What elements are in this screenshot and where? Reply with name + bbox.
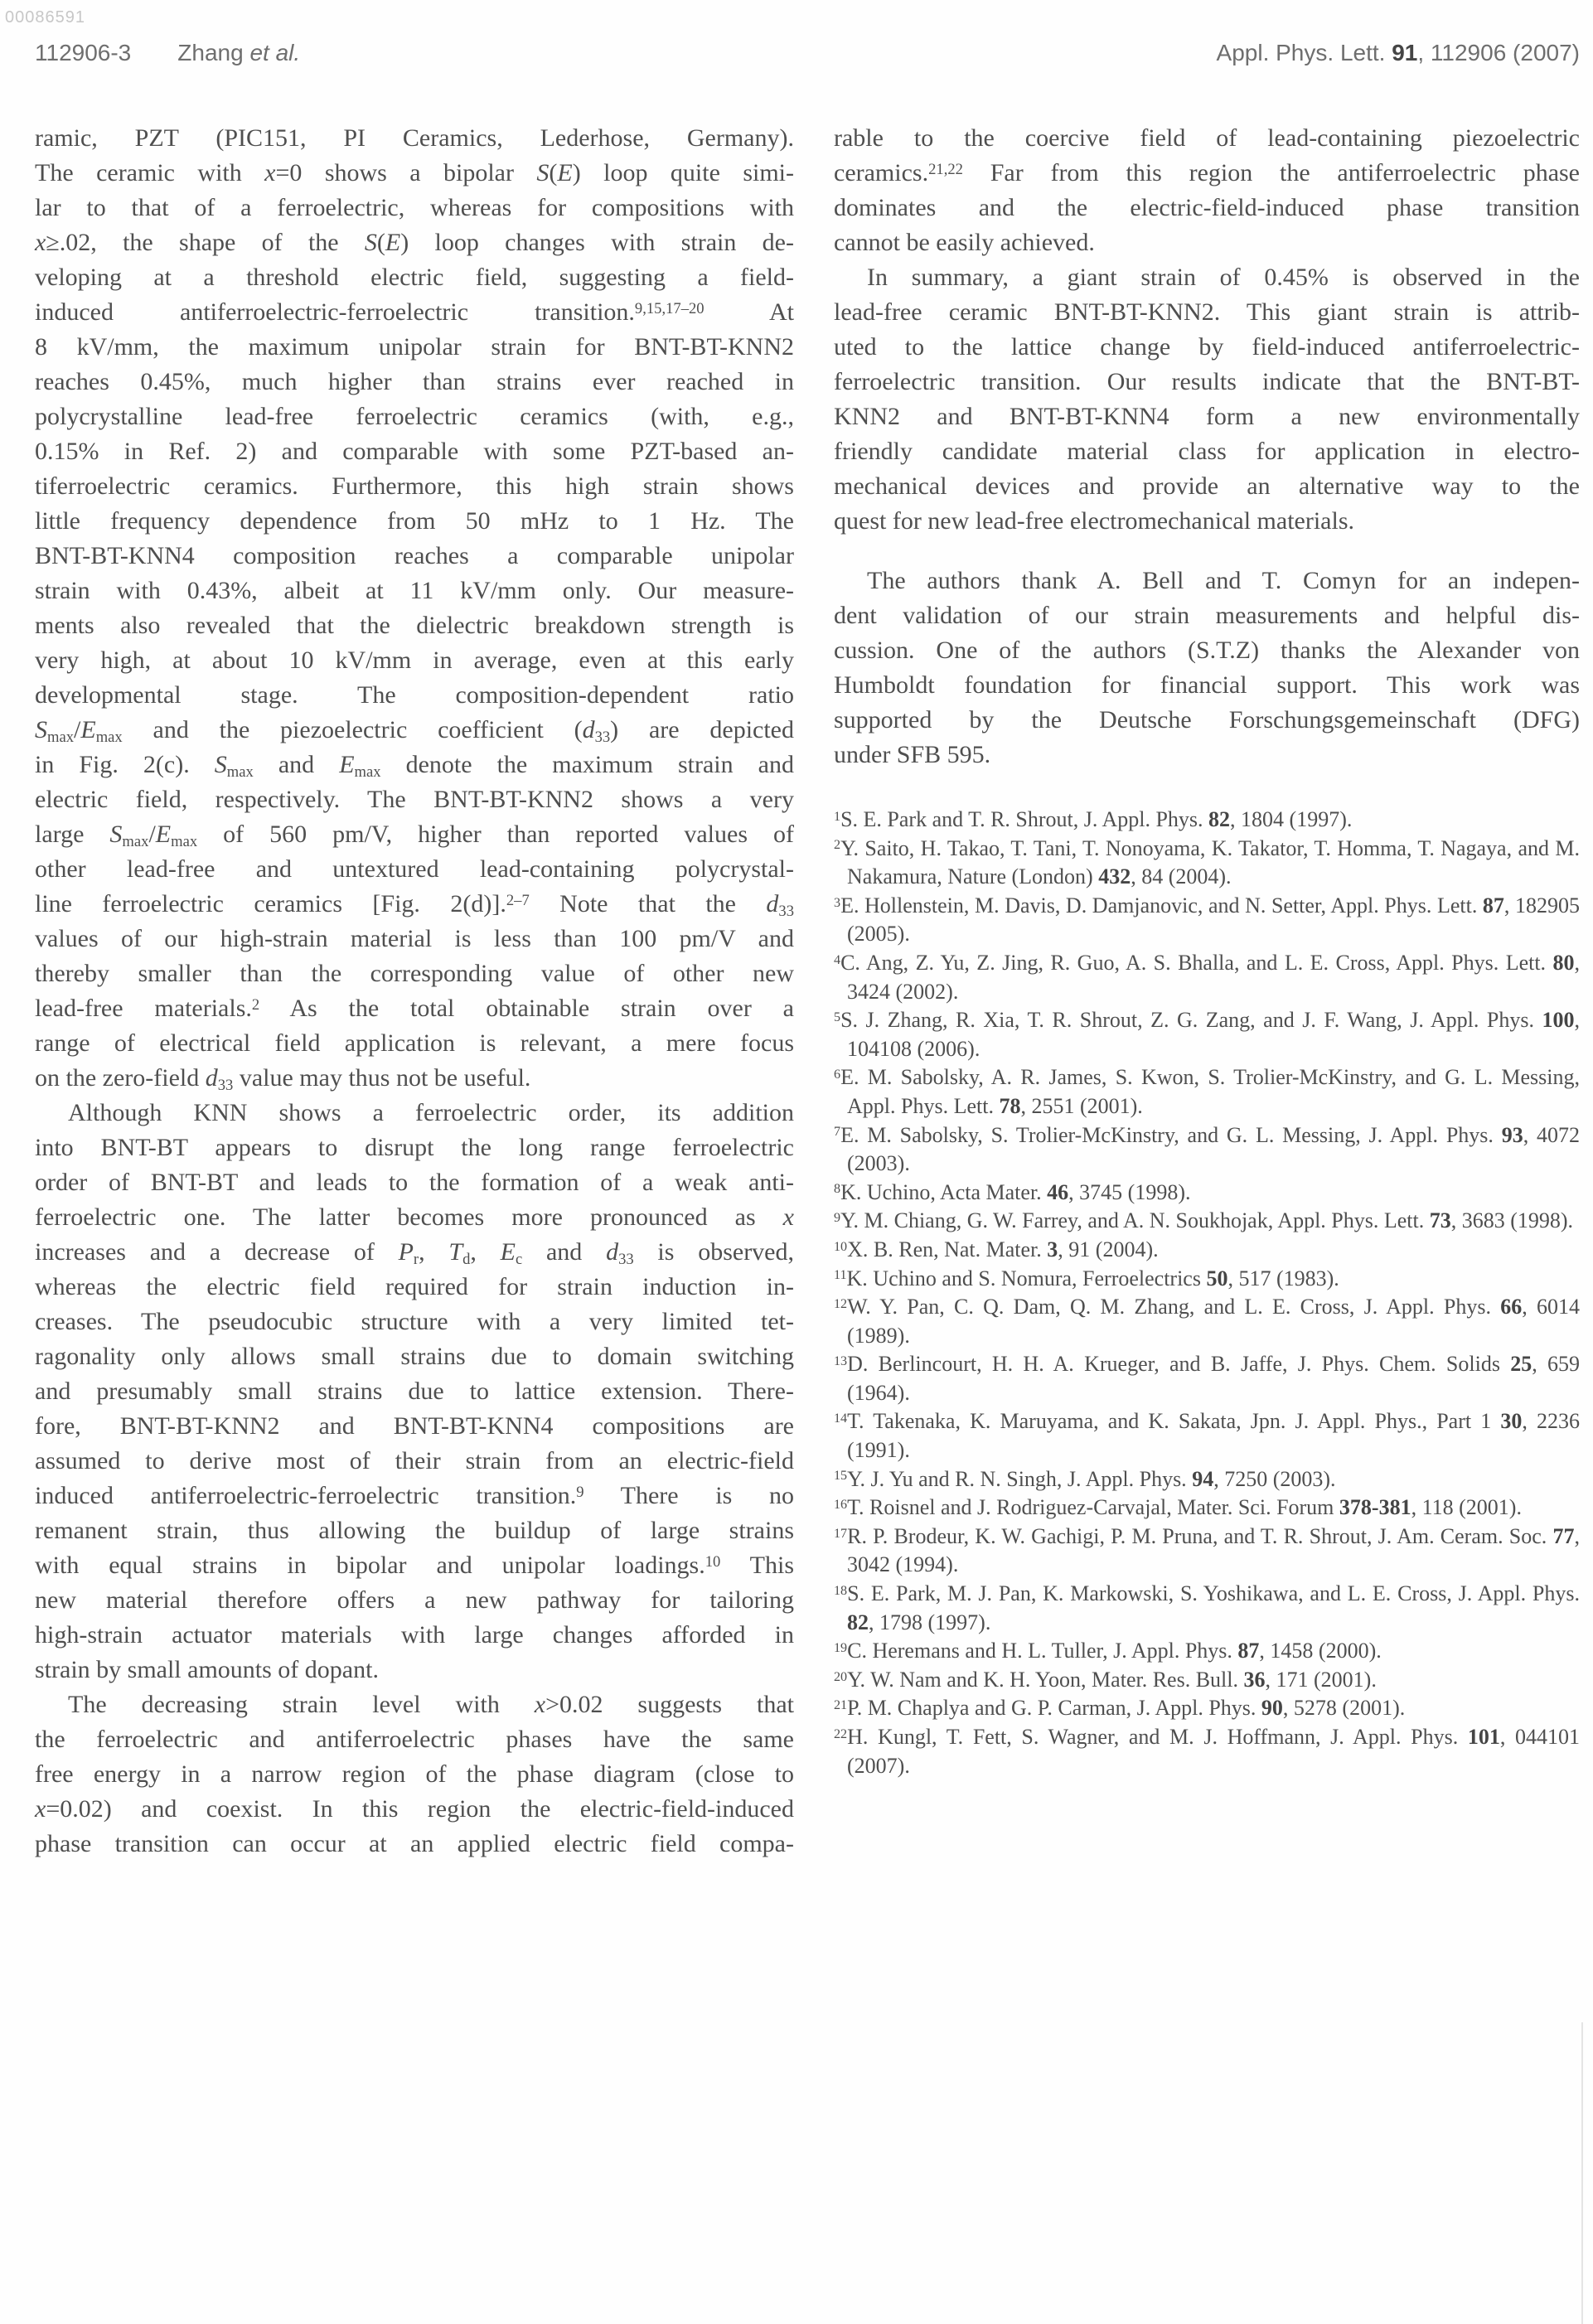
text-line: polycrystalline lead-free ferroelectric … (35, 399, 794, 434)
text-line: very high, at about 10 kV/mm in average,… (35, 643, 794, 678)
text-line: on the zero-field d33 value may thus not… (35, 1061, 794, 1096)
text-line: uted to the lattice change by field-indu… (834, 330, 1580, 365)
text-line: developmental stage. The composition-dep… (35, 678, 794, 713)
text-line: order of BNT-BT and leads to the formati… (35, 1165, 794, 1200)
text-line: 0.15% in Ref. 2) and comparable with som… (35, 434, 794, 469)
text-line: ceramics.21,22 Far from this region the … (834, 156, 1580, 191)
text-line: values of our high-strain material is le… (35, 922, 794, 956)
scan-watermark: 00086591 (5, 8, 85, 27)
text-line: cannot be easily achieved. (834, 225, 1580, 260)
article-id: 112906-3 (35, 40, 131, 65)
text-line: under SFB 595. (834, 738, 1580, 772)
text-line: induced antiferroelectric-ferroelectric … (35, 295, 794, 330)
right-column: rable to the coercive field of lead-cont… (834, 121, 1580, 1862)
reference-item: 10X. B. Ren, Nat. Mater. 3, 91 (2004). (834, 1236, 1580, 1265)
header-citation: Appl. Phys. Lett. 91, 112906 (2007) (1217, 40, 1580, 66)
reference-item: 22H. Kungl, T. Fett, S. Wagner, and M. J… (834, 1723, 1580, 1780)
text-line: Humboldt foundation for financial suppor… (834, 668, 1580, 703)
text-line: fore, BNT-BT-KNN2 and BNT-BT-KNN4 compos… (35, 1409, 794, 1444)
text-line: with equal strains in bipolar and unipol… (35, 1548, 794, 1583)
text-line: strain with 0.43%, albeit at 11 kV/mm on… (35, 574, 794, 608)
text-line: new material therefore offers a new path… (35, 1583, 794, 1618)
text-line: ments also revealed that the dielectric … (35, 608, 794, 643)
text-line: rable to the coercive field of lead-cont… (834, 121, 1580, 156)
text-line: into BNT-BT appears to disrupt the long … (35, 1131, 794, 1165)
text-line: veloping at a threshold electric field, … (35, 260, 794, 295)
reference-item: 13D. Berlincourt, H. H. A. Krueger, and … (834, 1350, 1580, 1407)
text-line: BNT-BT-KNN4 composition reaches a compar… (35, 539, 794, 574)
text-line: line ferroelectric ceramics [Fig. 2(d)].… (35, 887, 794, 922)
text-line: increases and a decrease of Pr, Td, Ec a… (35, 1235, 794, 1270)
text-line: large Smax/Emax of 560 pm/V, higher than… (35, 817, 794, 852)
reference-item: 17R. P. Brodeur, K. W. Gachigi, P. M. Pr… (834, 1523, 1580, 1580)
acknowledgments: The authors thank A. Bell and T. Comyn f… (834, 564, 1580, 772)
page-header: 112906-3Zhang et al. Appl. Phys. Lett. 9… (35, 40, 1580, 66)
text-line: range of electrical field application is… (35, 1026, 794, 1061)
text-line: dent validation of our strain measuremen… (834, 598, 1580, 633)
text-line: free energy in a narrow region of the ph… (35, 1757, 794, 1792)
text-line: and presumably small strains due to latt… (35, 1374, 794, 1409)
text-line: reaches 0.45%, much higher than strains … (35, 365, 794, 399)
text-line: thereby smaller than the corresponding v… (35, 956, 794, 991)
scan-edge-artifact (1581, 2022, 1583, 2324)
reference-item: 20Y. W. Nam and K. H. Yoon, Mater. Res. … (834, 1666, 1580, 1695)
page: 00086591 112906-3Zhang et al. Appl. Phys… (0, 0, 1593, 2324)
text-line: little frequency dependence from 50 mHz … (35, 504, 794, 539)
text-line: phase transition can occur at an applied… (35, 1827, 794, 1862)
text-line: in Fig. 2(c). Smax and Emax denote the m… (35, 748, 794, 782)
text-line: 8 kV/mm, the maximum unipolar strain for… (35, 330, 794, 365)
reference-item: 8K. Uchino, Acta Mater. 46, 3745 (1998). (834, 1179, 1580, 1208)
text-line: friendly candidate material class for ap… (834, 434, 1580, 469)
text-line: x≥.02, the shape of the S(E) loop change… (35, 225, 794, 260)
text-line: Although KNN shows a ferroelectric order… (35, 1096, 794, 1131)
text-line: ragonality only allows small strains due… (35, 1339, 794, 1374)
reference-item: 11K. Uchino and S. Nomura, Ferroelectric… (834, 1265, 1580, 1294)
text-line: induced antiferroelectric-ferroelectric … (35, 1479, 794, 1513)
text-line: ferroelectric one. The latter becomes mo… (35, 1200, 794, 1235)
text-line: other lead-free and untextured lead-cont… (35, 852, 794, 887)
reference-item: 16T. Roisnel and J. Rodriguez-Carvajal, … (834, 1494, 1580, 1523)
text-line: The decreasing strain level with x>0.02 … (35, 1687, 794, 1722)
text-line: mechanical devices and provide an altern… (834, 469, 1580, 504)
text-line: strain by small amounts of dopant. (35, 1653, 794, 1687)
text-line: cussion. One of the authors (S.T.Z) than… (834, 633, 1580, 668)
text-line: creases. The pseudocubic structure with … (35, 1305, 794, 1339)
text-line: assumed to derive most of their strain f… (35, 1444, 794, 1479)
text-line: ferroelectric transition. Our results in… (834, 365, 1580, 399)
reference-item: 18S. E. Park, M. J. Pan, K. Markowski, S… (834, 1580, 1580, 1637)
text-line: electric field, respectively. The BNT-BT… (35, 782, 794, 817)
text-line: KNN2 and BNT-BT-KNN4 form a new environm… (834, 399, 1580, 434)
text-line: dominates and the electric-field-induced… (834, 191, 1580, 225)
references-list: 1S. E. Park and T. R. Shrout, J. Appl. P… (834, 806, 1580, 1780)
reference-item: 4C. Ang, Z. Yu, Z. Jing, R. Guo, A. S. B… (834, 949, 1580, 1006)
reference-item: 14T. Takenaka, K. Maruyama, and K. Sakat… (834, 1407, 1580, 1465)
reference-item: 19C. Heremans and H. L. Tuller, J. Appl.… (834, 1637, 1580, 1666)
text-line: quest for new lead-free electromechanica… (834, 504, 1580, 539)
text-line: the ferroelectric and antiferroelectric … (35, 1722, 794, 1757)
right-column-body: rable to the coercive field of lead-cont… (834, 121, 1580, 539)
text-line: lead-free materials.2 As the total obtai… (35, 991, 794, 1026)
reference-item: 7E. M. Sabolsky, S. Trolier-McKinstry, a… (834, 1121, 1580, 1179)
text-line: The authors thank A. Bell and T. Comyn f… (834, 564, 1580, 598)
two-column-body: ramic, PZT (PIC151, PI Ceramics, Lederho… (35, 121, 1580, 1862)
header-authors: Zhang et al. (177, 40, 300, 65)
text-line: ramic, PZT (PIC151, PI Ceramics, Lederho… (35, 121, 794, 156)
reference-item: 1S. E. Park and T. R. Shrout, J. Appl. P… (834, 806, 1580, 835)
text-line: whereas the electric field required for … (35, 1270, 794, 1305)
text-line: high-strain actuator materials with larg… (35, 1618, 794, 1653)
text-line: lar to that of a ferroelectric, whereas … (35, 191, 794, 225)
reference-item: 6E. M. Sabolsky, A. R. James, S. Kwon, S… (834, 1063, 1580, 1121)
text-line: x=0.02) and coexist. In this region the … (35, 1792, 794, 1827)
text-line: remanent strain, thus allowing the build… (35, 1513, 794, 1548)
reference-item: 3E. Hollenstein, M. Davis, D. Damjanovic… (834, 892, 1580, 949)
reference-item: 15Y. J. Yu and R. N. Singh, J. Appl. Phy… (834, 1465, 1580, 1494)
text-line: supported by the Deutsche Forschungsgeme… (834, 703, 1580, 738)
reference-item: 12W. Y. Pan, C. Q. Dam, Q. M. Zhang, and… (834, 1293, 1580, 1350)
text-line: The ceramic with x=0 shows a bipolar S(E… (35, 156, 794, 191)
reference-item: 9Y. M. Chiang, G. W. Farrey, and A. N. S… (834, 1207, 1580, 1236)
text-line: lead-free ceramic BNT-BT-KNN2. This gian… (834, 295, 1580, 330)
header-left: 112906-3Zhang et al. (35, 40, 300, 66)
reference-item: 2Y. Saito, H. Takao, T. Tani, T. Nonoyam… (834, 835, 1580, 892)
reference-item: 21P. M. Chaplya and G. P. Carman, J. App… (834, 1694, 1580, 1723)
reference-item: 5S. J. Zhang, R. Xia, T. R. Shrout, Z. G… (834, 1006, 1580, 1063)
text-line: Smax/Emax and the piezoelectric coeffici… (35, 713, 794, 748)
left-column: ramic, PZT (PIC151, PI Ceramics, Lederho… (35, 121, 794, 1862)
text-line: tiferroelectric ceramics. Furthermore, t… (35, 469, 794, 504)
text-line: In summary, a giant strain of 0.45% is o… (834, 260, 1580, 295)
